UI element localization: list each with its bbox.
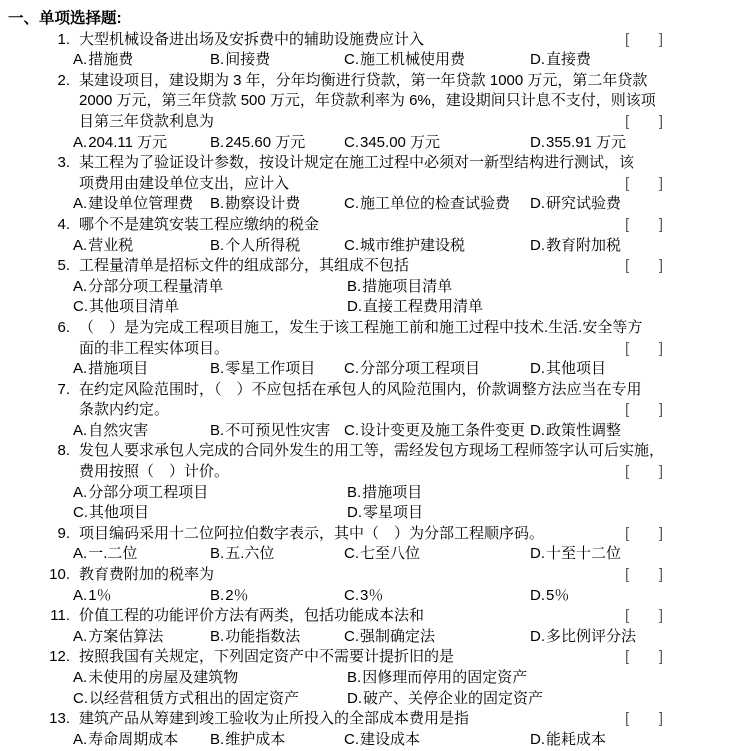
- option-text: 1％: [88, 587, 111, 604]
- answer-bracket[interactable]: []: [625, 215, 663, 236]
- option-b: B.个人所得税: [210, 236, 344, 257]
- options-row: A.分部分项工程项目B.措施项目C.其他项目D.零星项目: [0, 483, 729, 524]
- option-text: 措施项目: [88, 360, 148, 377]
- option-key: A.: [73, 628, 87, 645]
- question-number: 11.: [0, 606, 74, 627]
- option-a: A.未使用的房屋及建筑物: [73, 668, 347, 689]
- question-number: 4.: [0, 215, 74, 236]
- option-d: D.多比例评分法: [530, 627, 729, 648]
- option-key: C.: [344, 134, 359, 151]
- option-key: A.: [73, 278, 87, 295]
- bracket-close-icon: ]: [659, 215, 663, 236]
- option-key: B.: [347, 669, 361, 686]
- bracket-open-icon: [: [625, 339, 629, 360]
- option-key: B.: [210, 237, 224, 254]
- option-key: B.: [210, 195, 224, 212]
- answer-bracket[interactable]: []: [625, 339, 663, 360]
- option-d: D.能耗成本: [530, 730, 729, 751]
- option-d: D.其他项目: [530, 359, 729, 380]
- option-a: A.寿命周期成本: [73, 730, 210, 751]
- options-row: A.分部分项工程量清单B.措施项目清单C.其他项目清单D.直接工程费用清单: [0, 277, 729, 318]
- bracket-open-icon: [: [625, 400, 629, 421]
- question-text: 工程量清单是招标文件的组成部分，其组成不包括: [79, 257, 409, 274]
- question: 2.某建设项目，建设期为 3 年，分年均衡进行贷款，第一年贷款 1000 万元，…: [0, 71, 729, 153]
- bracket-open-icon: [: [625, 524, 629, 545]
- bracket-open-icon: [: [625, 30, 629, 51]
- question-stem: 1.大型机械设备进出场及安拆费中的辅助设施费应计入[]: [0, 30, 729, 51]
- option-key: A.: [73, 422, 87, 439]
- option-text: 施工机械使用费: [360, 51, 465, 68]
- option-text: 不可预见性灾害: [225, 422, 330, 439]
- bracket-open-icon: [: [625, 256, 629, 277]
- bracket-close-icon: ]: [659, 709, 663, 730]
- option-key: C.: [344, 360, 359, 377]
- option-key: C.: [344, 422, 359, 439]
- option-key: A.: [73, 360, 87, 377]
- option-text: 分部分项工程项目: [88, 484, 208, 501]
- question: 8.发包人要求承包人完成的合同外发生的用工等，需经发包方现场工程师签字认可后实施…: [0, 441, 729, 523]
- option-key: C.: [344, 731, 359, 748]
- option-text: 方案估算法: [88, 628, 163, 645]
- option-text: 十至十二位: [546, 545, 621, 562]
- question-text: 某建设项目，建设期为 3 年，分年均衡进行贷款，第一年贷款 1000 万元，第二…: [79, 72, 656, 130]
- question-stem: 7.在约定风险范围时，（ ）不应包括在承包人的风险范围内，价款调整方法应当在专用…: [0, 380, 729, 421]
- option-a: A.分部分项工程量清单: [73, 277, 347, 298]
- answer-bracket[interactable]: []: [625, 256, 663, 277]
- option-text: 自然灾害: [88, 422, 148, 439]
- option-c: C.施工单位的检查试验费: [344, 194, 530, 215]
- bracket-close-icon: ]: [659, 174, 663, 195]
- option-a: A.措施费: [73, 50, 210, 71]
- option-text: 204.11 万元: [88, 134, 167, 151]
- question-stem: 13.建筑产品从筹建到竣工验收为止所投入的全部成本费用是指[]: [0, 709, 729, 730]
- option-text: 破产、关停企业的固定资产: [363, 690, 543, 707]
- option-key: A.: [73, 237, 87, 254]
- exam-document: 一、单项选择题: 1.大型机械设备进出场及安拆费中的辅助设施费应计入[]A.措施…: [0, 0, 729, 750]
- option-key: C.: [344, 545, 359, 562]
- option-b: B.不可预见性灾害: [210, 421, 344, 442]
- option-c: C.施工机械使用费: [344, 50, 530, 71]
- option-key: B.: [210, 545, 224, 562]
- option-text: 以经营租赁方式租出的固定资产: [89, 690, 299, 707]
- question-stem: 11.价值工程的功能评价方法有两类，包括功能成本法和[]: [0, 606, 729, 627]
- option-c: C.设计变更及施工条件变更: [344, 421, 530, 442]
- option-text: 2％: [225, 587, 248, 604]
- question: 5.工程量清单是招标文件的组成部分，其组成不包括[]A.分部分项工程量清单B.措…: [0, 256, 729, 318]
- bracket-open-icon: [: [625, 647, 629, 668]
- option-key: B.: [210, 628, 224, 645]
- option-b: B.2％: [210, 586, 344, 607]
- question-number: 3.: [0, 153, 74, 174]
- answer-bracket[interactable]: []: [625, 400, 663, 421]
- option-text: 建设成本: [360, 731, 420, 748]
- question-text: 教育费附加的税率为: [79, 566, 214, 583]
- option-text: 直接工程费用清单: [363, 298, 483, 315]
- option-text: 七至八位: [360, 545, 420, 562]
- option-text: 其他项目清单: [89, 298, 179, 315]
- options-row: A.未使用的房屋及建筑物B.因修理而停用的固定资产C.以经营租赁方式租出的固定资…: [0, 668, 729, 709]
- bracket-close-icon: ]: [659, 462, 663, 483]
- question-number: 10.: [0, 565, 74, 586]
- option-key: C.: [344, 628, 359, 645]
- option-c: C.3％: [344, 586, 530, 607]
- option-text: 措施项目: [362, 484, 422, 501]
- option-key: A.: [73, 545, 87, 562]
- option-a: A.204.11 万元: [73, 133, 210, 154]
- option-b: B.勘察设计费: [210, 194, 344, 215]
- option-text: 教育附加税: [546, 237, 621, 254]
- bracket-open-icon: [: [625, 565, 629, 586]
- answer-bracket[interactable]: []: [625, 174, 663, 195]
- option-a: A.自然灾害: [73, 421, 210, 442]
- option-key: C.: [73, 690, 88, 707]
- question: 1.大型机械设备进出场及安拆费中的辅助设施费应计入[]A.措施费B.间接费C.施…: [0, 30, 729, 71]
- option-key: D.: [530, 545, 545, 562]
- answer-bracket[interactable]: []: [625, 647, 663, 668]
- question-stem: 3.某工程为了验证设计参数，按设计规定在施工过程中必须对一新型结构进行测试，该 …: [0, 153, 729, 194]
- option-key: A.: [73, 731, 87, 748]
- option-key: D.: [530, 587, 545, 604]
- option-text: 245.60 万元: [225, 134, 305, 151]
- option-b: B.因修理而停用的固定资产: [347, 668, 729, 689]
- option-text: 措施费: [88, 51, 133, 68]
- option-b: B.措施项目清单: [347, 277, 729, 298]
- bracket-open-icon: [: [625, 709, 629, 730]
- option-a: A.措施项目: [73, 359, 210, 380]
- question: 9.项目编码采用十二位阿拉伯数字表示，其中（ ）为分部工程顺序码。[]A.一.二…: [0, 524, 729, 565]
- question-number: 9.: [0, 524, 74, 545]
- option-key: D.: [530, 360, 545, 377]
- question-stem: 6.（ ）是为完成工程项目施工，发生于该工程施工前和施工过程中技术.生活.安全等…: [0, 318, 729, 359]
- option-d: D.零星项目: [347, 503, 729, 524]
- options-row: A.自然灾害B.不可预见性灾害C.设计变更及施工条件变更D.政策性调整: [0, 421, 729, 442]
- bracket-open-icon: [: [625, 174, 629, 195]
- option-key: C.: [344, 51, 359, 68]
- option-text: 零星工作项目: [225, 360, 315, 377]
- question-number: 2.: [0, 71, 74, 92]
- bracket-open-icon: [: [625, 215, 629, 236]
- question-text: 按照我国有关规定，下列固定资产中不需要计提折旧的是: [79, 648, 454, 665]
- option-key: D.: [347, 298, 362, 315]
- option-key: B.: [210, 51, 224, 68]
- bracket-close-icon: ]: [659, 565, 663, 586]
- option-key: D.: [530, 51, 545, 68]
- option-a: A.分部分项工程项目: [73, 483, 347, 504]
- bracket-close-icon: ]: [659, 256, 663, 277]
- question-number: 8.: [0, 441, 74, 462]
- question: 10.教育费附加的税率为[]A.1％B.2％C.3％D.5％: [0, 565, 729, 606]
- question-number: 6.: [0, 318, 74, 339]
- question-stem: 4.哪个不是建筑安装工程应缴纳的税金[]: [0, 215, 729, 236]
- options-row: A.1％B.2％C.3％D.5％: [0, 586, 729, 607]
- question-stem: 12.按照我国有关规定，下列固定资产中不需要计提折旧的是[]: [0, 647, 729, 668]
- option-key: A.: [73, 669, 87, 686]
- question-stem: 2.某建设项目，建设期为 3 年，分年均衡进行贷款，第一年贷款 1000 万元，…: [0, 71, 729, 133]
- option-text: 建设单位管理费: [88, 195, 193, 212]
- option-text: 其他项目: [546, 360, 606, 377]
- question-text: 建筑产品从筹建到竣工验收为止所投入的全部成本费用是指: [79, 710, 469, 727]
- option-key: B.: [210, 422, 224, 439]
- bracket-open-icon: [: [625, 462, 629, 483]
- options-row: A.营业税B.个人所得税C.城市维护建设税D.教育附加税: [0, 236, 729, 257]
- option-text: 一.二位: [88, 545, 137, 562]
- option-key: A.: [73, 51, 87, 68]
- option-c: C.345.00 万元: [344, 133, 530, 154]
- question-text: 在约定风险范围时，（ ）不应包括在承包人的风险范围内，价款调整方法应当在专用 条…: [79, 381, 642, 419]
- option-text: 直接费: [546, 51, 591, 68]
- question-text: 某工程为了验证设计参数，按设计规定在施工过程中必须对一新型结构进行测试，该 项费…: [79, 154, 634, 192]
- bracket-close-icon: ]: [659, 524, 663, 545]
- option-c: C.七至八位: [344, 544, 530, 565]
- option-text: 勘察设计费: [225, 195, 300, 212]
- option-c: C.分部分项工程项目: [344, 359, 530, 380]
- option-text: 能耗成本: [546, 731, 606, 748]
- options-row: A.措施费B.间接费C.施工机械使用费D.直接费: [0, 50, 729, 71]
- options-row: A.一.二位B.五.六位C.七至八位D.十至十二位: [0, 544, 729, 565]
- answer-bracket[interactable]: []: [625, 30, 663, 51]
- answer-bracket[interactable]: []: [625, 606, 663, 627]
- options-row: A.204.11 万元B.245.60 万元C.345.00 万元D.355.9…: [0, 133, 729, 154]
- option-b: B.间接费: [210, 50, 344, 71]
- option-key: C.: [344, 587, 359, 604]
- option-d: D.5％: [530, 586, 729, 607]
- option-key: C.: [73, 298, 88, 315]
- answer-bracket[interactable]: []: [625, 462, 663, 483]
- option-a: A.营业税: [73, 236, 210, 257]
- option-text: 设计变更及施工条件变更: [360, 422, 525, 439]
- option-key: C.: [344, 195, 359, 212]
- option-key: B.: [210, 134, 224, 151]
- option-key: D.: [530, 134, 545, 151]
- answer-bracket[interactable]: []: [625, 524, 663, 545]
- option-text: 间接费: [225, 51, 270, 68]
- option-text: 其他项目: [89, 504, 149, 521]
- option-key: D.: [530, 195, 545, 212]
- option-c: C.以经营租赁方式租出的固定资产: [73, 689, 347, 710]
- option-text: 分部分项工程量清单: [88, 278, 223, 295]
- option-key: B.: [347, 484, 361, 501]
- option-b: B.零星工作项目: [210, 359, 344, 380]
- option-text: 3％: [360, 587, 383, 604]
- question-stem: 5.工程量清单是招标文件的组成部分，其组成不包括[]: [0, 256, 729, 277]
- question: 11.价值工程的功能评价方法有两类，包括功能成本法和[]A.方案估算法B.功能指…: [0, 606, 729, 647]
- option-b: B.措施项目: [347, 483, 729, 504]
- question-stem: 8.发包人要求承包人完成的合同外发生的用工等，需经发包方现场工程师签字认可后实施…: [0, 441, 729, 482]
- question-text: （ ）是为完成工程项目施工，发生于该工程施工前和施工过程中技术.生活.安全等方 …: [79, 319, 642, 357]
- option-text: 5％: [546, 587, 569, 604]
- option-text: 零星项目: [363, 504, 423, 521]
- option-text: 355.91 万元: [546, 134, 626, 151]
- option-c: C.其他项目: [73, 503, 347, 524]
- option-key: C.: [344, 237, 359, 254]
- option-key: B.: [210, 587, 224, 604]
- option-c: C.城市维护建设税: [344, 236, 530, 257]
- option-d: D.直接工程费用清单: [347, 297, 729, 318]
- options-row: A.建设单位管理费B.勘察设计费C.施工单位的检查试验费D.研究试验费: [0, 194, 729, 215]
- option-text: 个人所得税: [225, 237, 300, 254]
- option-a: A.方案估算法: [73, 627, 210, 648]
- question-text: 大型机械设备进出场及安拆费中的辅助设施费应计入: [79, 31, 424, 48]
- question-number: 1.: [0, 30, 74, 51]
- option-text: 措施项目清单: [362, 278, 452, 295]
- answer-bracket[interactable]: []: [625, 112, 663, 133]
- option-key: A.: [73, 134, 87, 151]
- question-list: 1.大型机械设备进出场及安拆费中的辅助设施费应计入[]A.措施费B.间接费C.施…: [0, 30, 729, 751]
- option-key: A.: [73, 484, 87, 501]
- option-d: D.教育附加税: [530, 236, 729, 257]
- question-number: 7.: [0, 380, 74, 401]
- option-key: B.: [210, 731, 224, 748]
- option-d: D.政策性调整: [530, 421, 729, 442]
- bracket-close-icon: ]: [659, 647, 663, 668]
- option-text: 强制确定法: [360, 628, 435, 645]
- option-key: D.: [347, 690, 362, 707]
- question: 12.按照我国有关规定，下列固定资产中不需要计提折旧的是[]A.未使用的房屋及建…: [0, 647, 729, 709]
- option-text: 寿命周期成本: [88, 731, 178, 748]
- option-d: D.研究试验费: [530, 194, 729, 215]
- question: 3.某工程为了验证设计参数，按设计规定在施工过程中必须对一新型结构进行测试，该 …: [0, 153, 729, 215]
- option-key: B.: [347, 278, 361, 295]
- option-text: 因修理而停用的固定资产: [362, 669, 527, 686]
- option-d: D.破产、关停企业的固定资产: [347, 689, 729, 710]
- option-text: 345.00 万元: [360, 134, 440, 151]
- option-text: 政策性调整: [546, 422, 621, 439]
- bracket-open-icon: [: [625, 606, 629, 627]
- option-key: A.: [73, 195, 87, 212]
- option-b: B.维护成本: [210, 730, 344, 751]
- option-a: A.一.二位: [73, 544, 210, 565]
- option-a: A.建设单位管理费: [73, 194, 210, 215]
- option-text: 研究试验费: [546, 195, 621, 212]
- option-key: D.: [347, 504, 362, 521]
- answer-bracket[interactable]: []: [625, 709, 663, 730]
- question-stem: 10.教育费附加的税率为[]: [0, 565, 729, 586]
- question: 4.哪个不是建筑安装工程应缴纳的税金[]A.营业税B.个人所得税C.城市维护建设…: [0, 215, 729, 256]
- option-text: 施工单位的检查试验费: [360, 195, 510, 212]
- option-key: B.: [210, 360, 224, 377]
- option-c: C.其他项目清单: [73, 297, 347, 318]
- option-c: C.建设成本: [344, 730, 530, 751]
- question-text: 哪个不是建筑安装工程应缴纳的税金: [79, 216, 319, 233]
- question-number: 5.: [0, 256, 74, 277]
- section-title: 一、单项选择题:: [0, 9, 729, 30]
- option-key: D.: [530, 731, 545, 748]
- question-text: 项目编码采用十二位阿拉伯数字表示，其中（ ）为分部工程顺序码。: [79, 525, 544, 542]
- option-b: B.五.六位: [210, 544, 344, 565]
- option-b: B.245.60 万元: [210, 133, 344, 154]
- options-row: A.寿命周期成本B.维护成本C.建设成本D.能耗成本: [0, 730, 729, 751]
- question: 13.建筑产品从筹建到竣工验收为止所投入的全部成本费用是指[]A.寿命周期成本B…: [0, 709, 729, 750]
- answer-bracket[interactable]: []: [625, 565, 663, 586]
- bracket-close-icon: ]: [659, 112, 663, 133]
- options-row: A.方案估算法B.功能指数法C.强制确定法D.多比例评分法: [0, 627, 729, 648]
- option-key: D.: [530, 628, 545, 645]
- question: 7.在约定风险范围时，（ ）不应包括在承包人的风险范围内，价款调整方法应当在专用…: [0, 380, 729, 442]
- option-text: 多比例评分法: [546, 628, 636, 645]
- option-text: 维护成本: [225, 731, 285, 748]
- option-b: B.功能指数法: [210, 627, 344, 648]
- bracket-close-icon: ]: [659, 30, 663, 51]
- question-text: 发包人要求承包人完成的合同外发生的用工等，需经发包方现场工程师签字认可后实施， …: [79, 442, 664, 480]
- question-number: 13.: [0, 709, 74, 730]
- option-key: C.: [73, 504, 88, 521]
- option-key: D.: [530, 237, 545, 254]
- option-a: A.1％: [73, 586, 210, 607]
- bracket-close-icon: ]: [659, 606, 663, 627]
- question-number: 12.: [0, 647, 74, 668]
- option-c: C.强制确定法: [344, 627, 530, 648]
- option-text: 功能指数法: [225, 628, 300, 645]
- question: 6.（ ）是为完成工程项目施工，发生于该工程施工前和施工过程中技术.生活.安全等…: [0, 318, 729, 380]
- option-text: 分部分项工程项目: [360, 360, 480, 377]
- option-text: 营业税: [88, 237, 133, 254]
- option-d: D.十至十二位: [530, 544, 729, 565]
- question-stem: 9.项目编码采用十二位阿拉伯数字表示，其中（ ）为分部工程顺序码。[]: [0, 524, 729, 545]
- bracket-close-icon: ]: [659, 339, 663, 360]
- bracket-close-icon: ]: [659, 400, 663, 421]
- option-text: 五.六位: [225, 545, 274, 562]
- option-text: 未使用的房屋及建筑物: [88, 669, 238, 686]
- option-key: A.: [73, 587, 87, 604]
- option-text: 城市维护建设税: [360, 237, 465, 254]
- bracket-open-icon: [: [625, 112, 629, 133]
- option-key: D.: [530, 422, 545, 439]
- option-d: D.355.91 万元: [530, 133, 729, 154]
- option-d: D.直接费: [530, 50, 729, 71]
- question-text: 价值工程的功能评价方法有两类，包括功能成本法和: [79, 607, 424, 624]
- options-row: A.措施项目B.零星工作项目C.分部分项工程项目D.其他项目: [0, 359, 729, 380]
